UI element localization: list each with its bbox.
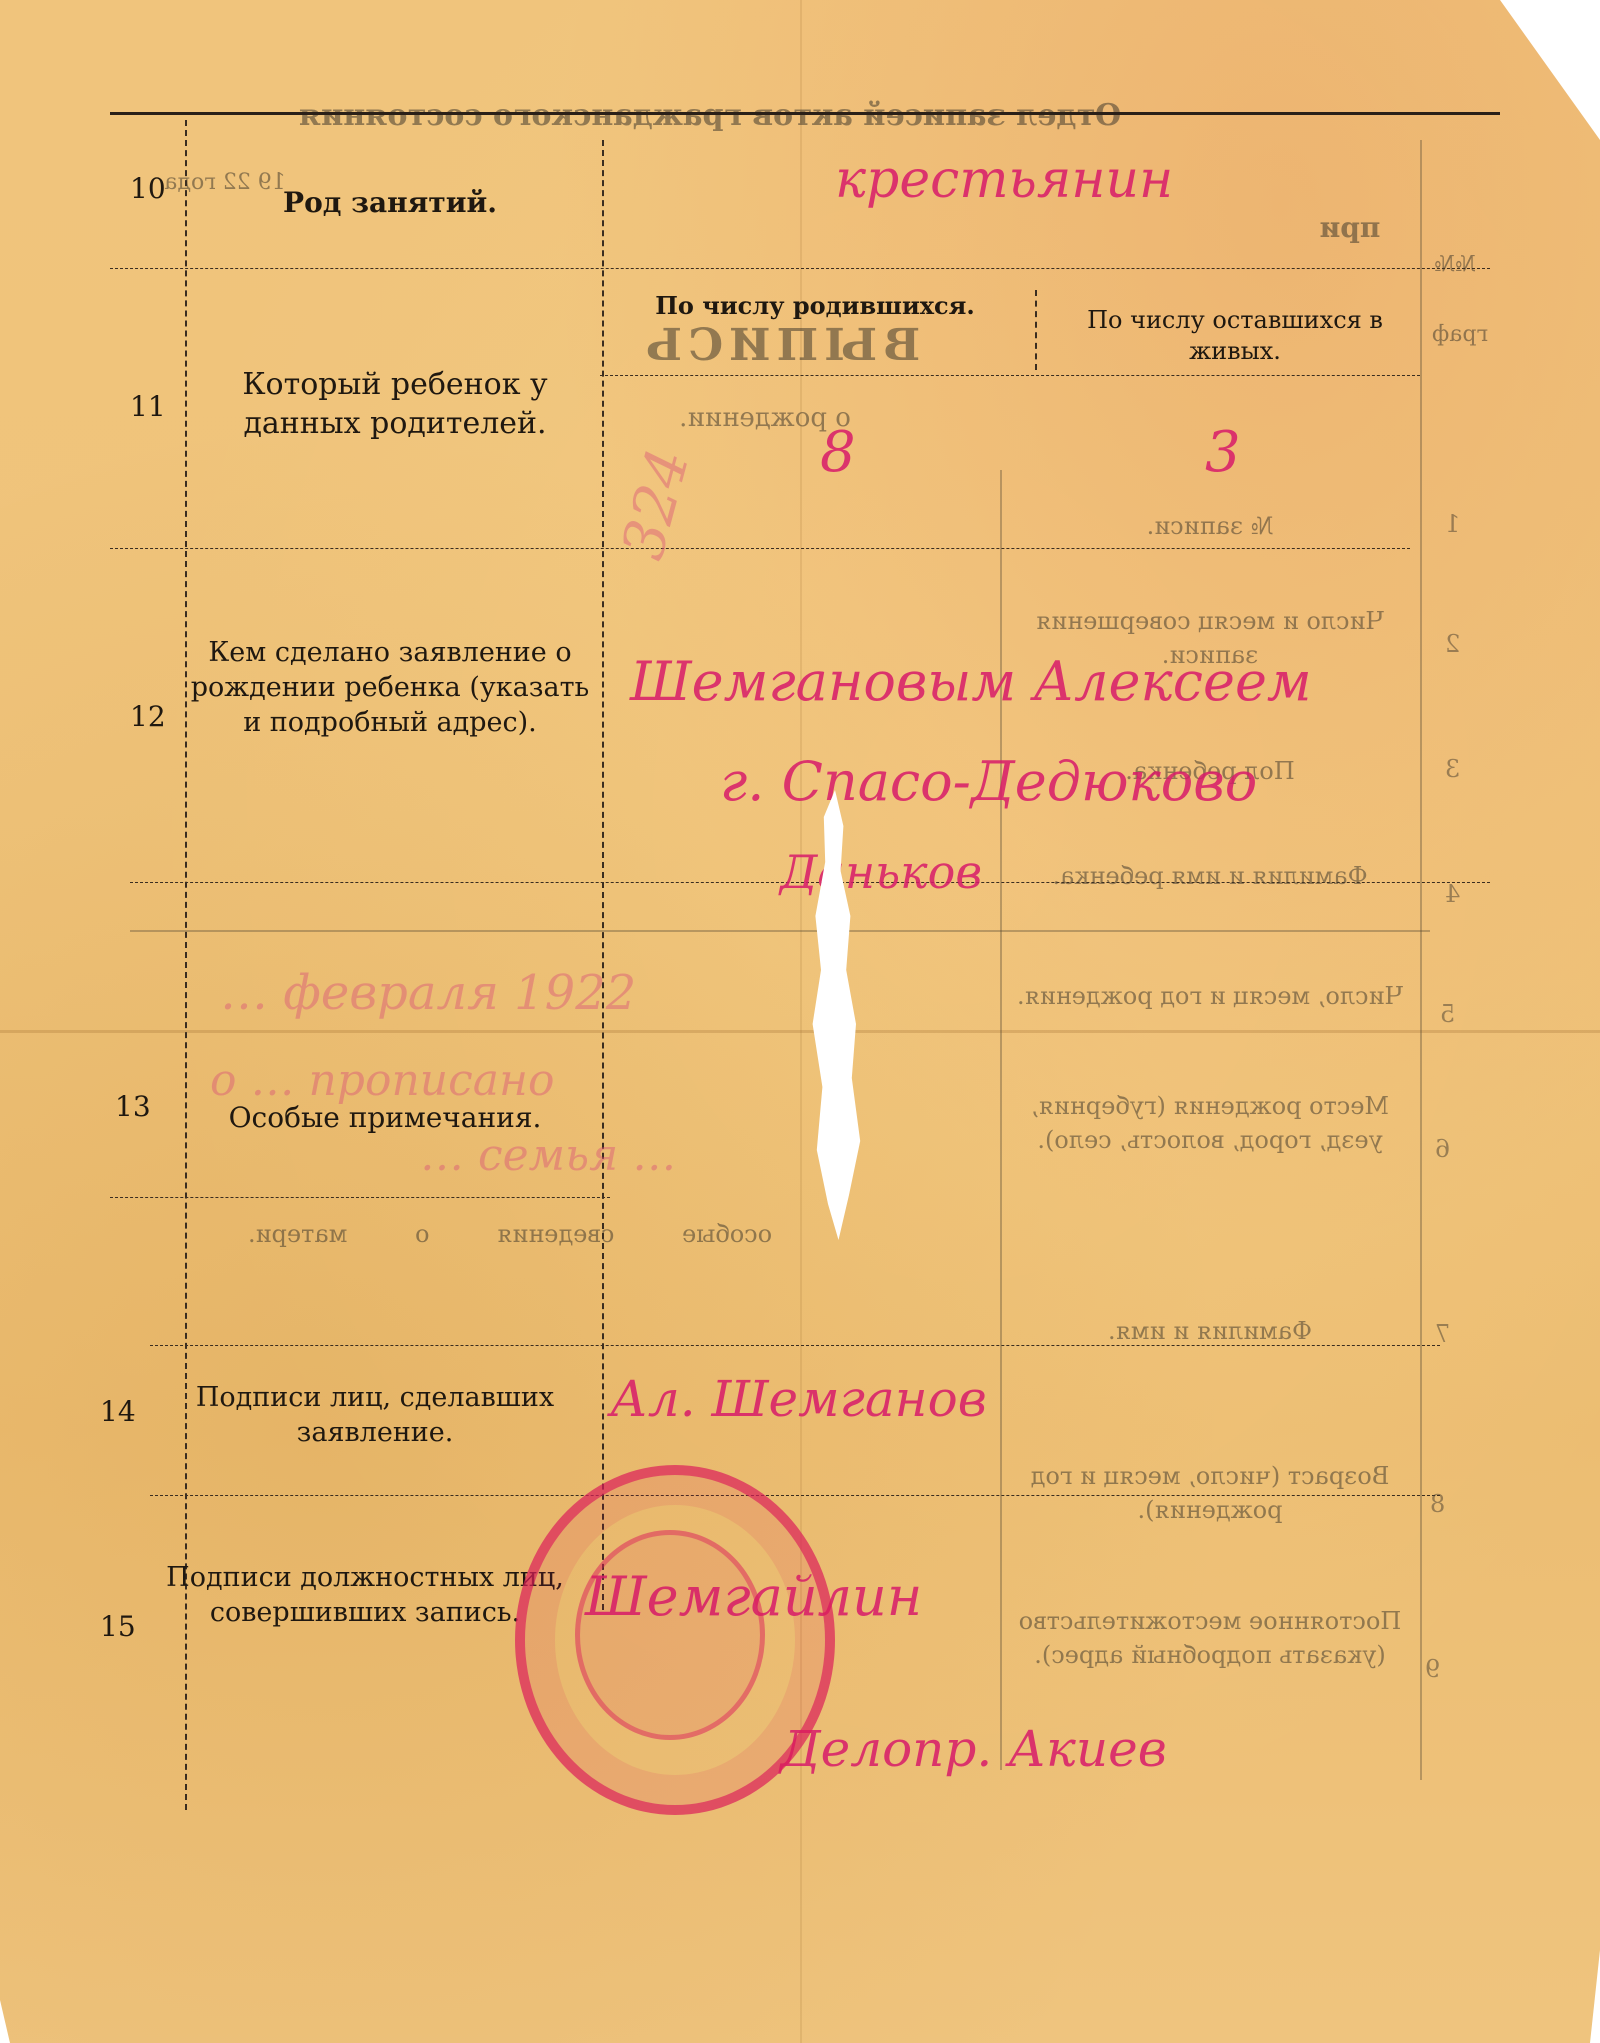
label-occupation: Род занятий. <box>240 185 540 221</box>
ghost-vypis: ВЫПИСЬ <box>620 315 940 377</box>
row-number: 15 <box>100 1610 136 1643</box>
row-number: 13 <box>115 1090 151 1123</box>
grid-line <box>1035 290 1037 370</box>
handwritten-remarks-2: о … прописано <box>210 1055 554 1106</box>
ghost-col-6: Место рождения (губерния, уезд, город, в… <box>1010 1090 1410 1157</box>
handwritten-surviving-count: 3 <box>1205 420 1241 485</box>
ghost-col-num: 5 <box>1440 1000 1455 1028</box>
handwritten-declarant-town: г. Спасо-Дедюково <box>720 750 1257 813</box>
ghost-header: Отдел записей актов гражданского состоян… <box>270 95 1150 137</box>
official-seal <box>515 1465 835 1815</box>
grid-line <box>110 268 1490 269</box>
grid-line <box>600 375 1420 376</box>
ghost-col-7: Фамилия и имя. <box>1010 1315 1410 1349</box>
grid-line <box>110 112 1500 115</box>
official-seal-emblem <box>575 1530 765 1740</box>
handwritten-remarks-3: … семья … <box>420 1130 676 1181</box>
ghost-col-num: 8 <box>1430 1490 1445 1518</box>
ghost-col-num: 7 <box>1435 1320 1450 1348</box>
ghost-col-4: Фамилия и имя ребенка. <box>1010 860 1410 894</box>
ghost-col-num: 1 <box>1445 510 1460 538</box>
ghost-col-num: 4 <box>1445 880 1460 908</box>
ghost-remarks-mother: особые сведения о матери. <box>180 1218 840 1252</box>
ghost-graf: граф <box>1425 320 1495 351</box>
ghost-col-num: 3 <box>1445 755 1460 783</box>
handwritten-occupation: крестьянин <box>835 150 1173 210</box>
row-number: 10 <box>130 172 166 205</box>
ghost-col-num: 9 <box>1425 1655 1440 1683</box>
ghost-pri: при <box>1310 208 1390 247</box>
row-number: 12 <box>130 700 166 733</box>
grid-line <box>185 120 187 1810</box>
ghost-col-1: № записи. <box>1010 510 1410 544</box>
handwritten-official-signature-2: Делопр. Акиев <box>780 1720 1167 1778</box>
row-number: 11 <box>130 390 166 423</box>
handwritten-born-count: 8 <box>820 420 856 485</box>
ghost-num-label: №№ <box>1425 250 1485 281</box>
handwritten-declarant-district: Даньков <box>780 845 982 899</box>
label-declarant-signatures: Подписи лиц, сделавших заявление. <box>195 1380 555 1450</box>
row-number: 14 <box>100 1395 136 1428</box>
ghost-col-num: 2 <box>1445 630 1460 658</box>
label-declarant: Кем сделано заявление о рождении ребенка… <box>190 635 590 740</box>
ghost-col-9: Постоянное местожительство (указать подр… <box>1010 1605 1410 1672</box>
ghost-o-rozhdenii: о рождении. <box>630 400 900 436</box>
grid-line <box>1420 140 1422 1780</box>
ghost-col-5: Число, месяц и год рождения. <box>1010 980 1410 1014</box>
handwritten-remarks-1: … февраля 1922 <box>220 965 636 1021</box>
subheader-born: По числу родившихся. <box>625 290 1005 321</box>
grid-line <box>602 140 604 1610</box>
ghost-col-num: 6 <box>1435 1135 1450 1163</box>
grid-line <box>110 548 1410 549</box>
handwritten-declarant-name: Шемгановым Алексеем <box>630 650 1312 713</box>
ghost-col-8: Возраст (число, месяц и год рождения). <box>1010 1460 1410 1527</box>
subheader-surviving: По числу оставшихся в живых. <box>1045 305 1425 367</box>
handwritten-declarant-signature: Ал. Шемганов <box>610 1370 987 1428</box>
grid-line <box>130 930 1430 932</box>
label-which-child: Который ребенок у данных родителей. <box>200 365 590 443</box>
label-official-signatures: Подписи должностных лиц, совершивших зап… <box>165 1560 565 1630</box>
